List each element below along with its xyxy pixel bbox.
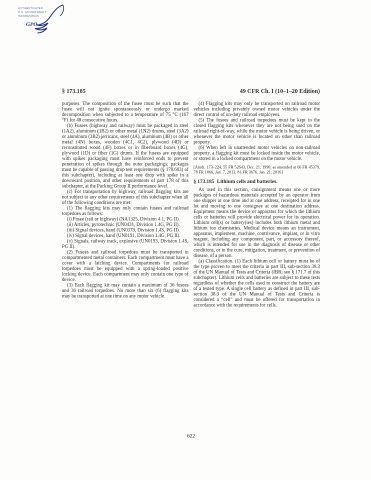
paragraph: (c) For transportation by highway, railr… [62,189,189,206]
gpo-authentication-logo: AUTHENTICATED U.S. GOVERNMENT INFORMATIO… [15,3,75,38]
paragraph: (2) Fusees and railroad torpedoes must b… [62,250,189,283]
amendment-citation: [Amdt. 173–224, 55 FR 52643, Dec. 21, 19… [194,165,321,175]
paragraph: As used in this section, consignment mea… [194,187,321,259]
paragraph: (1) The flagging kits may only contain f… [62,206,189,217]
paragraph: (v) Signals, railway track, explosive (U… [62,239,189,250]
header-section-number: § 173.185 [62,88,86,95]
cfr-document-page: AUTHENTICATED U.S. GOVERNMENT INFORMATIO… [0,0,371,480]
header-edition-title: 49 CFR Ch. I (10–1–20 Edition) [240,88,320,95]
right-text-column: (4) Flagging kits may only be transporte… [194,101,321,308]
gpo-label: GPO [26,22,37,28]
paragraph: (6) When left in unattended motor vehicl… [194,145,321,162]
gpo-eagle-swoosh-icon: AUTHENTICATED U.S. GOVERNMENT INFORMATIO… [15,3,75,38]
paragraph: (5) The fusees and railroad torpedoes mu… [194,118,321,146]
running-header: § 173.185 49 CFR Ch. I (10–1–20 Edition) [62,88,320,95]
paragraph: (4) Flagging kits may only be transporte… [194,101,321,118]
paragraph: (3) Each flagging kit may contain a maxi… [62,283,189,300]
page-number: 622 [62,433,320,439]
left-text-column: purposes. The composition of the fusee m… [62,101,189,299]
paragraph: purposes. The composition of the fusee m… [62,101,189,123]
section-heading: § 173.185 Lithium cells and batteries. [194,179,321,185]
logo-text-line: INFORMATION [18,14,39,18]
paragraph: (b) Fusees (highway and railway) must be… [62,123,189,189]
paragraph: (a) Classification. (1) Each lithium cel… [194,259,321,309]
